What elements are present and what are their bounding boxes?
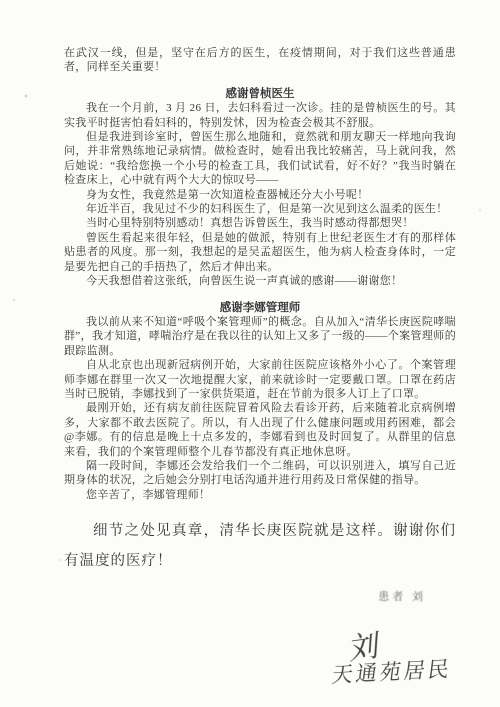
- paragraph: 细节之处见真章，清华长庚医院就是这样。谢谢你们有温度的医疗！: [64, 516, 456, 576]
- paragraph: 我在一个月前，3 月 26 日，去妇科看过一次诊。挂的是曾桢医生的号。其实我平时…: [64, 101, 456, 130]
- paragraph: 身为女性，我竟然是第一次知道检查器械还分大小号呢！: [64, 188, 456, 202]
- signature-typed: 患者 刘: [64, 588, 426, 604]
- paragraph: 最刚开始，还有病友前往医院冒着风险去看诊开药，后来随着北京病例增多，大家都不敢去…: [64, 401, 456, 459]
- letter-body: 在武汉一线，但是，坚守在后方的医生，在疫情期间，对于我们这些普通患者，同样至关重…: [64, 46, 456, 576]
- section-heading: 感谢曾桢医生: [64, 87, 456, 101]
- signature-handwritten-note: 天通苑居民: [330, 653, 454, 690]
- paragraph: 在武汉一线，但是，坚守在后方的医生，在疫情期间，对于我们这些普通患者，同样至关重…: [64, 46, 456, 75]
- paragraph: 今天我想借着这张纸，向曾医生说一声真诚的感谢——谢谢您！: [64, 274, 456, 288]
- paragraph: 年近半百，我见过不少的妇科医生了，但是第一次见到这么温柔的医生！: [64, 202, 456, 216]
- scanned-letter-page: 在武汉一线，但是，坚守在后方的医生，在疫情期间，对于我们这些普通患者，同样至关重…: [0, 0, 500, 707]
- paragraph: 您辛苦了，李娜管理师！: [64, 488, 456, 502]
- paragraph: 但是我进到诊室时，曾医生那么地随和，竟然就和朋友聊天一样地向我询问，并非常熟练地…: [64, 130, 456, 188]
- paragraph: 当时心里特别特别感动！真想告诉曾医生，我当时感动得都想哭！: [64, 216, 456, 230]
- paragraph: 我以前从来不知道“呼吸个案管理师”的概念。自从加入“清华长庚医院哮喘群”，我才知…: [64, 315, 456, 358]
- paragraph: 曾医生看起来很年轻，但是她的做派，特别有上世纪老医生才有的那样体贴患者的风度。那…: [64, 231, 456, 274]
- section-heading: 感谢李娜管理师: [64, 301, 456, 315]
- paragraph: 自从北京也出现新冠病例开始，大家前往医院应该格外小心了。个案管理师李娜在群里一次…: [64, 358, 456, 401]
- paragraph: 隔一段时间，李娜还会发给我们一个二维码，可以识别进入，填写自己近期身体的状况，之…: [64, 459, 456, 488]
